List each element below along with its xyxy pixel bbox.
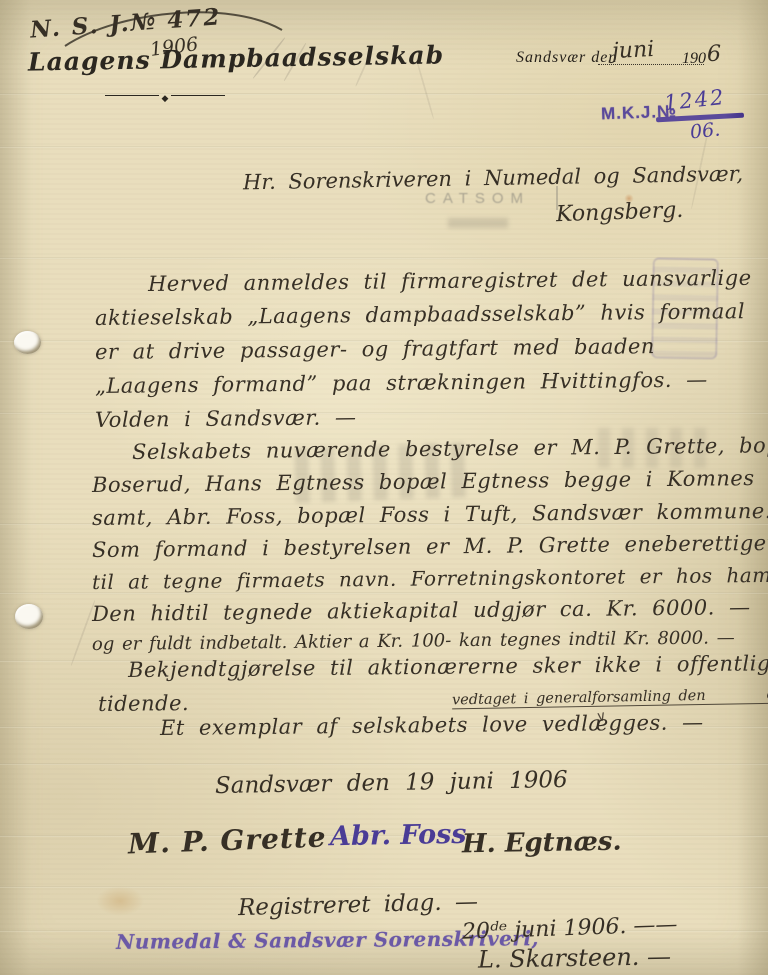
insertion-caret-icon — [594, 705, 607, 725]
body-line: Boserud, Hans Egtness bopæl Egtness begg… — [92, 466, 755, 497]
body-line: er at drive passager- og fragtfart med b… — [95, 334, 655, 364]
registrar-signature: L. Skarsteen. — — [478, 942, 672, 973]
recipient-line-2: Kongsberg. — [556, 198, 684, 227]
mkj-stamp-number: 1242 — [663, 85, 727, 115]
registration-date: 20ᵈᵉ juni 1906. —— — [462, 912, 678, 945]
body-line: til at tegne firmaets navn. Forretningsk… — [92, 563, 768, 594]
punch-hole — [15, 604, 43, 629]
body-line: og er fuldt indbetalt. Aktier a Kr. 100-… — [92, 627, 735, 655]
letterhead-company-name: Laagens Dampbaadsselskab — [28, 40, 445, 76]
divider-diamond-icon — [159, 86, 172, 105]
body-line: Volden i Sandsvær. — — [95, 405, 357, 432]
body-line: samt, Abr. Foss, bopæl Foss i Tuft, Sand… — [92, 499, 768, 530]
body-line: Bekjendtgjørelse til aktionærerne sker i… — [128, 651, 768, 682]
body-line: tidende. — [98, 691, 189, 716]
body-line: Den hidtil tegnede aktiekapital udgjør c… — [92, 595, 751, 626]
divider-line — [105, 95, 159, 97]
mkj-stamp-year: 06. — [689, 118, 721, 143]
body-line: Et exemplar af selskabets love vedlægges… — [160, 710, 704, 740]
dateline-year-printed: 190 — [682, 50, 706, 68]
body-line: Som formand i bestyrelsen er M. P. Grett… — [92, 531, 768, 562]
interlinear-insertion: vedtaget i generalforsamling den okt. 19… — [452, 686, 768, 710]
paper-crease — [0, 763, 768, 765]
paper-stain — [96, 886, 144, 916]
body-line: aktieselskab „Laagens dampbaadsselskab” … — [95, 299, 745, 330]
ghost-stamp-bar — [556, 186, 558, 210]
divider-line — [171, 95, 225, 97]
signature-foss: Abr. Foss — [330, 819, 467, 852]
signature-grette: M. P. Grette — [127, 821, 327, 861]
letterhead-divider — [105, 86, 225, 105]
scanned-document-page: N. S. J.№ 472 1906 Laagens Dampbaadssels… — [0, 0, 768, 975]
dateline-month-handwritten: juni — [611, 37, 654, 64]
body-line: Selskabets nuværende bestyrelse er M. P.… — [132, 433, 768, 464]
signature-egtnaes: H. Egtnæs. — [462, 827, 622, 860]
ghost-stamp-smudge — [448, 218, 508, 228]
dateline-year-digit-handwritten: 6 — [707, 42, 721, 67]
ghost-stamp-text: CATSOM — [425, 190, 530, 207]
closing-date-line: Sandsvær den 19 juni 1906 — [215, 767, 568, 799]
paper-crease — [0, 257, 768, 259]
paper-crease — [0, 146, 768, 148]
registration-note: Registreret idag. — — [238, 889, 479, 921]
punch-hole — [14, 331, 41, 354]
body-line: „Laagens formand” paa strækningen Hvitti… — [95, 368, 708, 398]
